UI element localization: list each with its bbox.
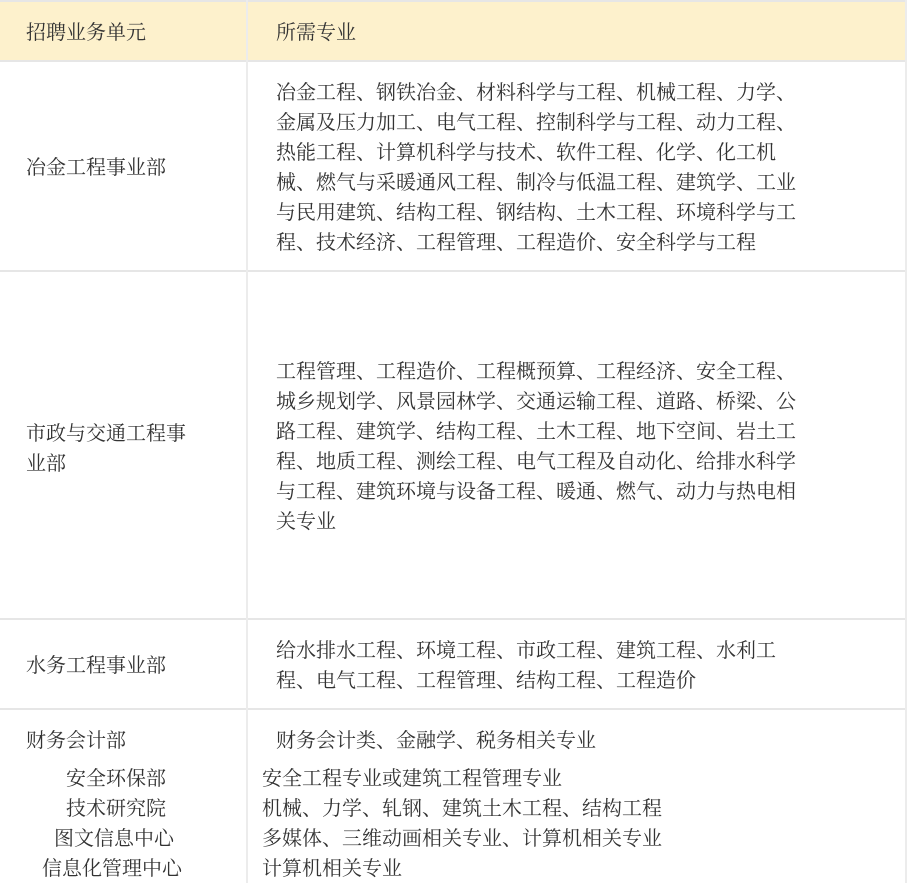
unit-line: 冶金工程事业部 xyxy=(26,152,166,182)
majors-cell: 财务会计类、金融学、税务相关专业 xyxy=(276,725,596,755)
unit-cell: 技术研究院 xyxy=(66,793,166,823)
majors-cell: 安全工程专业或建筑工程管理专业 xyxy=(262,763,562,793)
recruitment-table: 招聘业务单元 所需专业 冶金工程事业部 冶金工程、钢铁冶金、材料科学与工程、机械… xyxy=(0,0,913,883)
column-divider xyxy=(246,0,248,883)
majors-line: 路工程、建筑学、结构工程、土木工程、地下空间、岩土工 xyxy=(276,416,866,446)
unit-cell: 安全环保部 xyxy=(66,763,166,793)
unit-line: 水务工程事业部 xyxy=(26,650,166,680)
majors-line: 与工程、建筑环境与设备工程、暖通、燃气、动力与热电相 xyxy=(276,476,866,506)
unit-cell: 水务工程事业部 xyxy=(26,650,166,680)
majors-cell: 机械、力学、轧钢、建筑土木工程、结构工程 xyxy=(262,793,662,823)
majors-line: 械、燃气与采暖通风工程、制冷与低温工程、建筑学、工业 xyxy=(276,167,866,197)
majors-cell: 多媒体、三维动画相关专业、计算机相关专业 xyxy=(262,823,662,853)
majors-cell: 工程管理、工程造价、工程概预算、工程经济、安全工程、 城乡规划学、风景园林学、交… xyxy=(276,356,866,536)
majors-line: 与民用建筑、结构工程、钢结构、土木工程、环境科学与工 xyxy=(276,197,866,227)
majors-line: 程、地质工程、测绘工程、电气工程及自动化、给排水科学 xyxy=(276,446,866,476)
majors-line: 关专业 xyxy=(276,506,866,536)
majors-line: 冶金工程、钢铁冶金、材料科学与工程、机械工程、力学、 xyxy=(276,77,866,107)
table-row: 市政与交通工程事 业部 工程管理、工程造价、工程概预算、工程经济、安全工程、 城… xyxy=(0,272,905,620)
table-row: 财务会计部 财务会计类、金融学、税务相关专业 安全环保部 安全工程专业或建筑工程… xyxy=(0,710,905,883)
majors-cell: 冶金工程、钢铁冶金、材料科学与工程、机械工程、力学、 金属及压力加工、电气工程、… xyxy=(276,77,866,257)
unit-cell: 信息化管理中心 xyxy=(42,853,182,883)
table-row: 冶金工程事业部 冶金工程、钢铁冶金、材料科学与工程、机械工程、力学、 金属及压力… xyxy=(0,62,905,272)
header-majors: 所需专业 xyxy=(276,17,866,47)
majors-line: 给水排水工程、环境工程、市政工程、建筑工程、水利工 xyxy=(276,635,866,665)
majors-line: 程、电气工程、工程管理、结构工程、工程造价 xyxy=(276,665,866,695)
header-unit: 招聘业务单元 xyxy=(26,17,146,47)
majors-line: 热能工程、计算机科学与技术、软件工程、化学、化工机 xyxy=(276,137,866,167)
unit-cell: 图文信息中心 xyxy=(54,823,174,853)
unit-cell: 财务会计部 xyxy=(26,725,126,755)
unit-line: 业部 xyxy=(26,448,186,478)
majors-cell: 给水排水工程、环境工程、市政工程、建筑工程、水利工 程、电气工程、工程管理、结构… xyxy=(276,635,866,695)
majors-line: 城乡规划学、风景园林学、交通运输工程、道路、桥梁、公 xyxy=(276,386,866,416)
majors-line: 金属及压力加工、电气工程、控制科学与工程、动力工程、 xyxy=(276,107,866,137)
unit-line: 市政与交通工程事 xyxy=(26,418,186,448)
unit-cell: 冶金工程事业部 xyxy=(26,152,166,182)
table-row: 水务工程事业部 给水排水工程、环境工程、市政工程、建筑工程、水利工 程、电气工程… xyxy=(0,620,905,710)
majors-line: 程、技术经济、工程管理、工程造价、安全科学与工程 xyxy=(276,227,866,257)
unit-cell: 市政与交通工程事 业部 xyxy=(26,418,186,478)
majors-cell: 计算机相关专业 xyxy=(262,853,402,883)
table-right-border xyxy=(905,0,907,883)
table-header-row: 招聘业务单元 所需专业 xyxy=(0,2,905,62)
majors-line: 工程管理、工程造价、工程概预算、工程经济、安全工程、 xyxy=(276,356,866,386)
